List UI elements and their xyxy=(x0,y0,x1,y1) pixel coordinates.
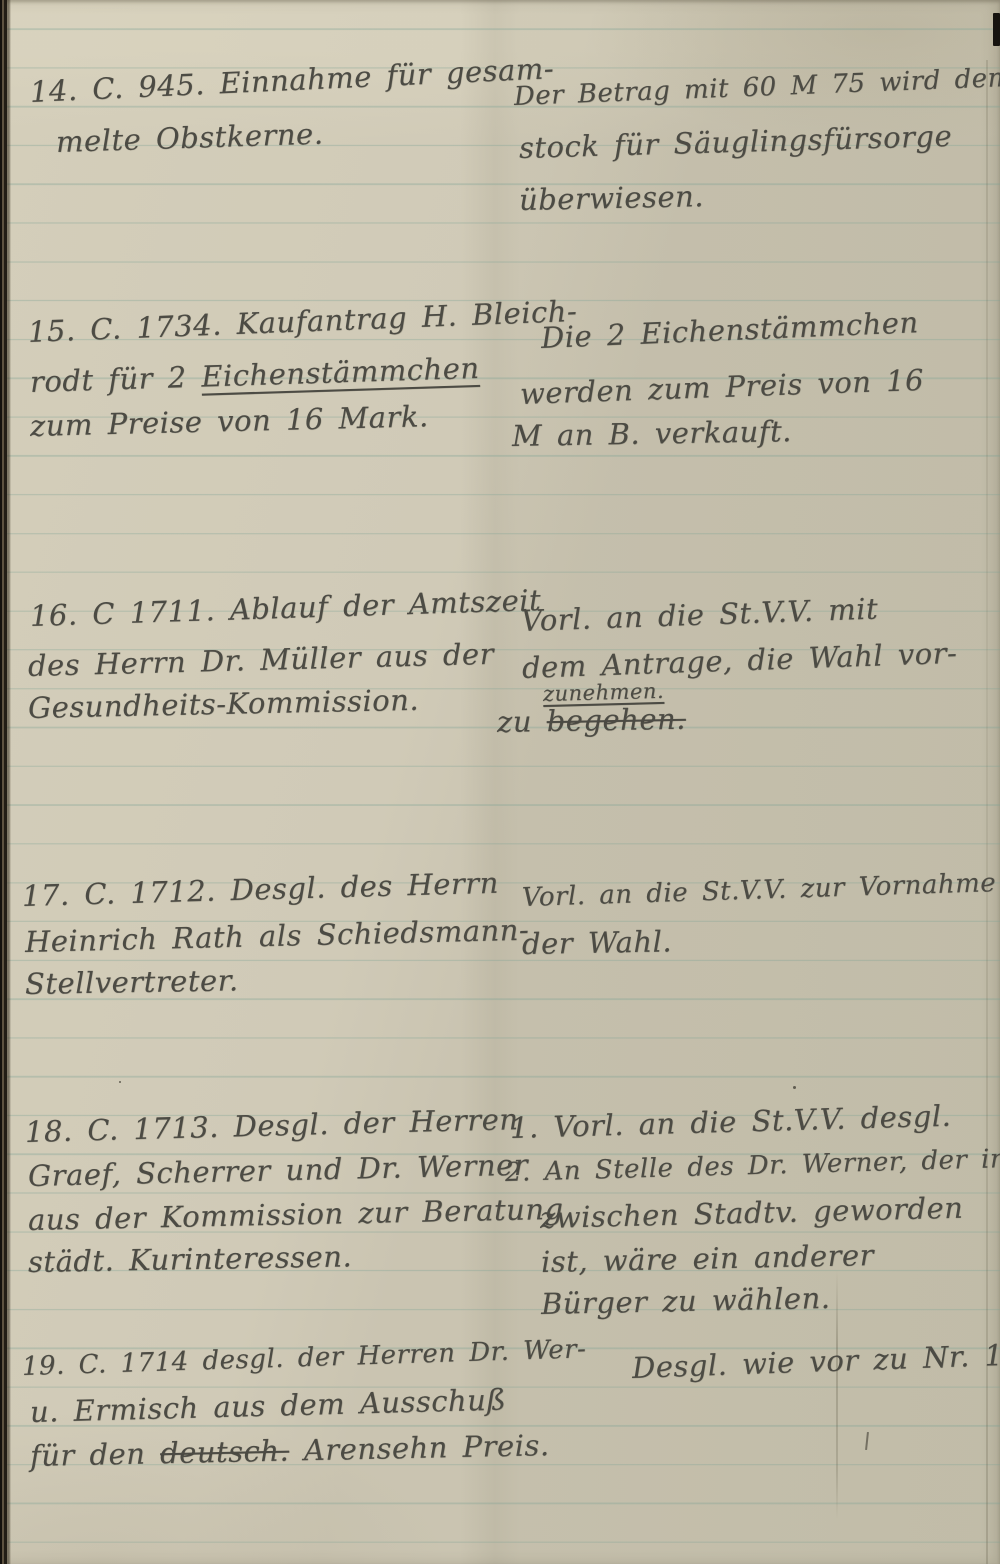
handwritten-line: 18. C. 1713. Desgl. der Herren xyxy=(25,1105,519,1147)
handwritten-line: der Wahl. xyxy=(522,927,673,959)
handwritten-line: Gesundheits-Kommission. xyxy=(28,686,420,723)
handwritten-text: rodt für 2 xyxy=(29,360,201,399)
manuscript-page: 14. C. 945. Einnahme für gesam- melte Ob… xyxy=(0,0,1000,1564)
handwritten-line: Heinrich Rath als Schiedsmann- xyxy=(25,916,530,957)
handwritten-line: 19. C. 1714 desgl. der Herren Dr. Wer- xyxy=(22,1336,587,1380)
handwritten-line: melte Obstkerne. xyxy=(56,120,324,157)
handwritten-line: zum Preise von 16 Mark. xyxy=(30,402,429,441)
handwritten-line: u. Ermisch aus dem Ausschuß xyxy=(30,1386,507,1427)
handwritten-line: Vorl. an die St.V.V. mit xyxy=(520,595,878,636)
edge-mark xyxy=(993,13,1000,46)
handwritten-line: Graef, Scherrer und Dr. Werner xyxy=(28,1151,529,1191)
handwritten-line: aus der Kommission zur Beratung xyxy=(28,1195,564,1235)
handwritten-line: zwischen Stadtv. geworden xyxy=(540,1194,964,1233)
handwritten-line: stock für Säuglingsfürsorge xyxy=(519,122,953,163)
ruled-lines xyxy=(0,0,1000,1564)
inserted-correction: zunehmen. xyxy=(543,681,665,705)
handwritten-line: ist, wäre ein anderer xyxy=(541,1241,875,1277)
handwritten-line: Vorl. an die St.V.V. zur Vornahme xyxy=(522,870,997,911)
handwritten-line: M an B. verkauft. xyxy=(512,417,792,451)
fold-crease xyxy=(836,1270,838,1520)
handwritten-line: städt. Kurinteressen. xyxy=(28,1242,353,1277)
handwritten-line: 1. Vorl. an die St.V.V. desgl. xyxy=(510,1102,952,1143)
struck-word: begehen. xyxy=(546,702,686,738)
pen-mark xyxy=(865,1432,869,1450)
underlined-word: Eichenstämmchen xyxy=(201,351,480,394)
handwritten-line: 2. An Stelle des Dr. Werner, der in- xyxy=(505,1146,1000,1186)
handwritten-text: Arensehn Preis. xyxy=(289,1428,550,1467)
handwritten-line: Bürger zu wählen. xyxy=(541,1284,831,1319)
handwritten-text: für den xyxy=(30,1436,161,1473)
binding-edge xyxy=(0,0,11,1564)
handwritten-line: 16. C 1711. Ablauf der Amtszeit xyxy=(30,586,542,631)
handwritten-line: zu begehen. xyxy=(497,705,686,737)
handwritten-line: dem Antrage, die Wahl vor- xyxy=(521,639,957,683)
handwritten-line: 15. C. 1734. Kaufantrag H. Bleich- xyxy=(27,297,577,347)
handwritten-line: überwiesen. xyxy=(519,182,705,215)
handwritten-line: Der Betrag mit 60 M 75 wird dem Kapital- xyxy=(514,60,1000,110)
handwritten-line: Desgl. wie vor zu Nr. 1. xyxy=(631,1341,1000,1383)
struck-word: deutsch. xyxy=(160,1434,290,1471)
handwritten-line: werden zum Preis von 16 xyxy=(519,366,924,409)
handwritten-line: Die 2 Eichenstämmchen xyxy=(540,308,919,353)
ink-speck xyxy=(119,1081,121,1083)
handwritten-text: zu xyxy=(497,704,547,739)
handwritten-line: Stellvertreter. xyxy=(25,966,239,999)
handwritten-line: 14. C. 945. Einnahme für gesam- xyxy=(29,54,554,107)
handwritten-line: des Herrn Dr. Müller aus der xyxy=(28,640,495,681)
handwritten-line: rodt für 2 Eichenstämmchen xyxy=(30,354,480,397)
handwritten-line: für den deutsch. Arensehn Preis. xyxy=(30,1431,550,1471)
ink-speck xyxy=(793,1086,796,1089)
handwritten-line: 17. C. 1712. Desgl. des Herrn xyxy=(22,869,500,911)
